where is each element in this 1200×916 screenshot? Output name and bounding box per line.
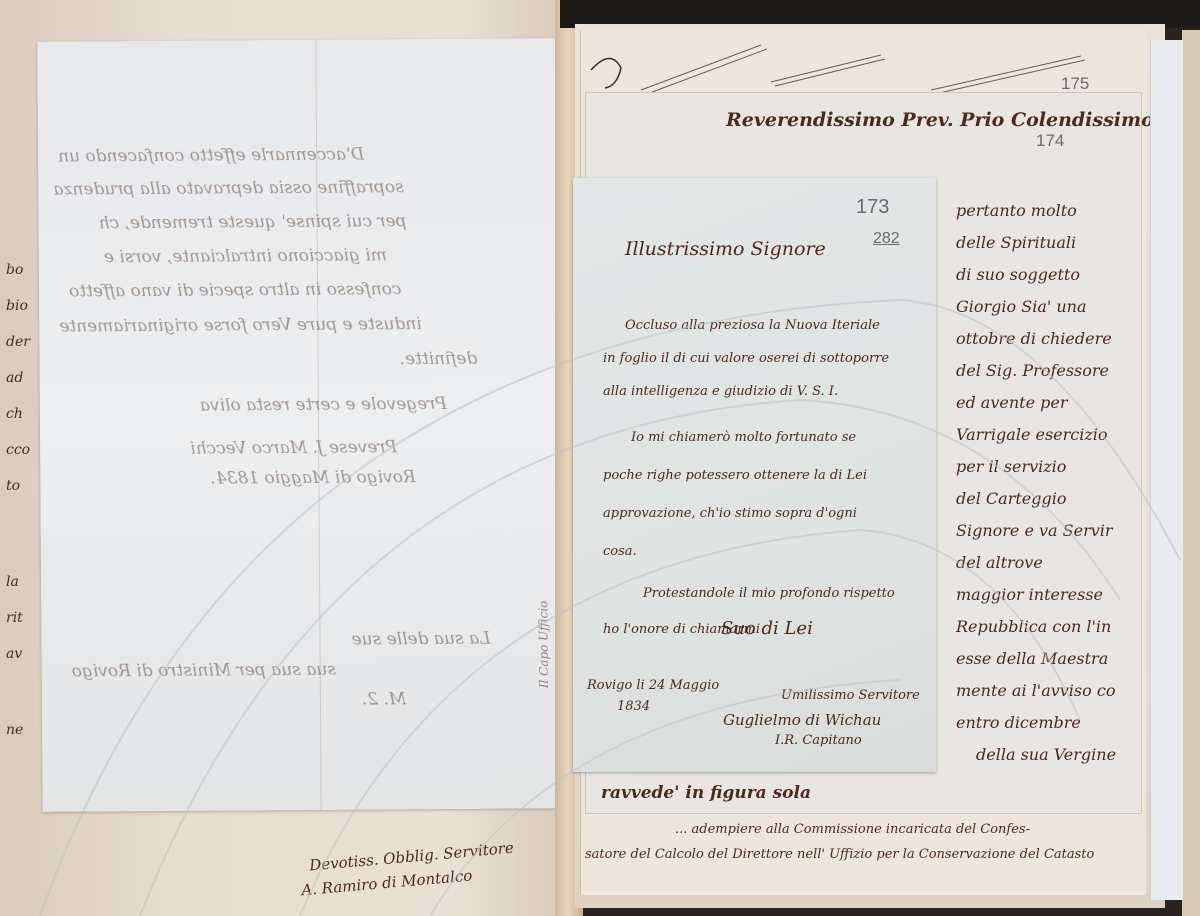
margin-fragment: ad — [6, 370, 30, 406]
vertical-note: Il Capo Ufficio — [536, 601, 551, 689]
margin-fragment: to — [6, 478, 30, 514]
text-line: cosa. — [603, 544, 895, 586]
bottom-sheet-text: ... adempiere alla Commissione incaricat… — [585, 822, 1145, 862]
bleed-line: Rovigo di Maggio 1834. — [210, 467, 416, 488]
letter-body: Occluso alla preziosa la Nuova Iteriale … — [603, 318, 895, 658]
text-line: del Sig. Professore — [956, 361, 1116, 393]
text-line: approvazione, ch'io stimo sopra d'ogni — [603, 506, 895, 544]
text-line: entro dicembre — [956, 713, 1116, 745]
signature-line: Umilissimo Servitore — [723, 688, 920, 703]
text-line: Io mi chiamerò molto fortunato se — [603, 430, 895, 468]
bleed-line: per cui spinse' queste tremende, ch — [99, 211, 407, 233]
bleed-line: induste e pure Vero forse originariament… — [59, 314, 422, 337]
text-line: Occluso alla preziosa la Nuova Iteriale — [603, 318, 895, 351]
text-line: Protestandole il mio profondo rispetto — [603, 586, 895, 622]
letter-signature: Umilissimo Servitore Guglielmo di Wichau… — [723, 688, 920, 748]
folio-number-282: 282 — [873, 230, 900, 248]
place-date-line: 1834 — [587, 699, 719, 714]
page-edge — [1182, 30, 1200, 916]
bleed-line: definitte. — [399, 349, 477, 370]
text-line: satore del Calcolo del Direttore nell' U… — [585, 847, 1145, 862]
bleed-line: sopraffine ossia depravato alla prudenza — [53, 177, 404, 199]
bleed-line: M. 2. — [362, 689, 407, 709]
text-line: ottobre di chiedere — [956, 329, 1116, 361]
text-line: Varrigale esercizio — [956, 425, 1116, 457]
text-line: per il servizio — [956, 457, 1116, 489]
bleed-line: mi giacciono intralciante, vorsi e — [104, 245, 387, 267]
left-insert-sheet: D'accennarle effetto confacendo un sopra… — [37, 38, 562, 812]
letter-place-date: Rovigo li 24 Maggio 1834 — [587, 678, 719, 714]
text-line: pertanto molto — [956, 201, 1116, 233]
text-line: Repubblica con l'in — [956, 617, 1116, 649]
margin-fragment: ch — [6, 406, 30, 442]
signature-line: Guglielmo di Wichau — [723, 711, 920, 729]
text-line: alla intelligenza e giudizio di V. S. I. — [603, 384, 895, 430]
salutation-174: Reverendissimo Prev. Prio Colendissimo — [726, 109, 1154, 131]
letter-folio-173: 173 282 Illustrissimo Signore Occluso al… — [573, 178, 936, 772]
text-line: delle Spirituali — [956, 233, 1116, 265]
margin-fragment: rit — [6, 610, 30, 646]
bleed-line: Pregevole e certe resta oliva — [200, 394, 447, 416]
margin-fragment: bio — [6, 298, 30, 334]
bleed-line: confesso in altro specie di vano affetto — [69, 279, 402, 301]
bleed-line: La sua delle sue — [351, 629, 490, 650]
margin-fragment: cco — [6, 442, 30, 478]
letter-174-body: pertanto molto delle Spirituali di suo s… — [936, 201, 1116, 777]
folio-number-174: 174 — [1036, 131, 1064, 151]
margin-fragment: av — [6, 646, 30, 682]
paper-strip — [1150, 40, 1183, 900]
text-line: ed avente per — [956, 393, 1116, 425]
text-line: Signore e va Servir — [956, 521, 1116, 553]
margin-fragment: der — [6, 334, 30, 370]
text-line: di suo soggetto — [956, 265, 1116, 297]
place-date-line: Rovigo li 24 Maggio — [587, 678, 719, 693]
text-line: in foglio il di cui valore oserei di sot… — [603, 351, 895, 384]
margin-fragment: ne — [6, 722, 30, 758]
text-line: del altrove — [956, 553, 1116, 585]
bleed-line: sua sua per Ministro di Rovigo — [72, 660, 337, 682]
folio-number-173: 173 — [856, 196, 889, 219]
text-line: Giorgio Sia' una — [956, 297, 1116, 329]
letter-salutation: Illustrissimo Signore — [625, 238, 826, 260]
margin-fragment: bo — [6, 262, 30, 298]
text-line: ... adempiere alla Commissione incaricat… — [585, 822, 1145, 837]
signature-line: I.R. Capitano — [723, 733, 920, 748]
bleed-line: D'accennarle effetto confacendo un — [58, 145, 364, 167]
text-line: del Carteggio — [956, 489, 1116, 521]
letter-closing: Suo di Lei — [721, 618, 813, 639]
text-line: poche righe potessero ottenere la di Lei — [603, 468, 895, 506]
text-line: maggior interesse — [956, 585, 1116, 617]
folio-number-175: 175 — [1061, 74, 1089, 94]
text-line: mente ai l'avviso co — [956, 681, 1116, 713]
left-margin-fragments: bo bio der ad ch cco to la rit av ne — [6, 262, 30, 758]
text-line: della sua Vergine — [976, 745, 1116, 777]
text-line: esse della Maestra — [956, 649, 1116, 681]
margin-fragment: la — [6, 574, 30, 610]
sheet-174-bottom-line: ravvede' in figura sola — [601, 783, 811, 803]
bleed-line: Prevese J. Marco Vecchi — [190, 437, 397, 458]
